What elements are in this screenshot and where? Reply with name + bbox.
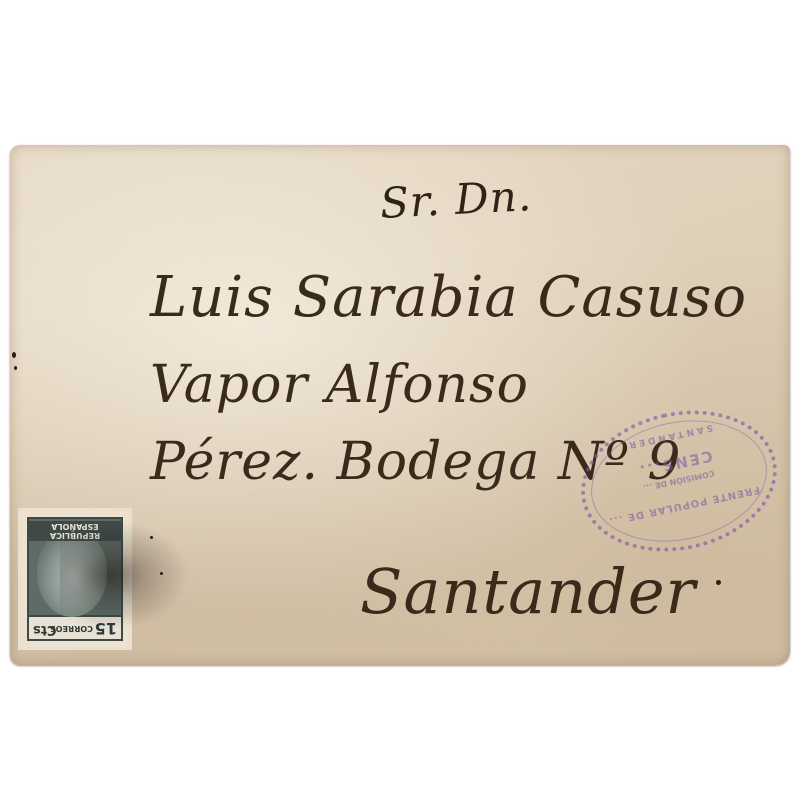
stamp-frame: 15 CORREOS Cts REPUBLICA ESPAÑOLA — [27, 517, 123, 641]
postage-stamp: 15 CORREOS Cts REPUBLICA ESPAÑOLA — [18, 508, 132, 650]
address-line-ship: Vapor Alfonso — [150, 355, 529, 415]
address-city: Santander — [360, 555, 696, 628]
ink-speck — [150, 536, 153, 539]
stamp-header: 15 CORREOS Cts — [29, 615, 121, 639]
ink-speck — [716, 580, 721, 585]
ink-speck — [160, 572, 163, 575]
salutation: Sr. Dn. — [379, 171, 533, 228]
ink-speck — [12, 352, 16, 358]
recipient-name: Luis Sarabia Casuso — [150, 265, 747, 330]
stamp-unit: Cts — [33, 622, 57, 637]
stamp-portrait-icon — [37, 531, 107, 617]
stamp-country: REPUBLICA ESPAÑOLA — [29, 521, 121, 541]
ink-speck — [14, 366, 17, 370]
stamp-value: 15 — [95, 619, 117, 638]
